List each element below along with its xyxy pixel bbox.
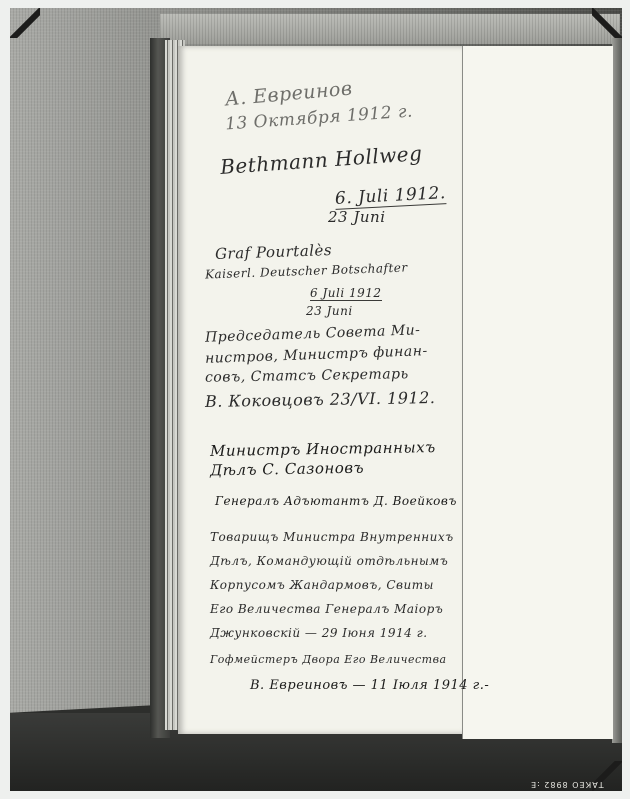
corner-mount-top-right: [592, 8, 622, 38]
entry-8-signature-date: В. Евреиновъ — 11 Iюля 1914 г.-: [250, 678, 489, 693]
corner-mount-top-left: [10, 8, 40, 38]
top-backdrop-strip: [160, 14, 620, 44]
right-edge-shadow: [612, 38, 622, 743]
entry-6-signature: Генералъ Адъютантъ Д. Воейковъ: [215, 494, 457, 508]
entry-7-line-3: Корпусомъ Жандармовъ, Свиты: [210, 578, 434, 592]
entry-8-title: Гофмейстеръ Двора Его Величества: [210, 653, 447, 666]
entry-7-line-1: Товарищъ Министра Внутреннихъ: [210, 530, 454, 544]
entry-7-signature-date: Джунковскій — 29 Iюня 1914 г.: [210, 626, 428, 640]
entry-7-line-2: Дѣлъ, Командующій отдѣльнымъ: [210, 554, 448, 568]
entry-7-line-4: Его Величества Генералъ Маiоръ: [210, 602, 443, 616]
archive-stamp-number: ТАКЕО 8982 :Е: [530, 780, 604, 789]
entry-5-signature: Дѣлъ С. Сазоновъ: [210, 459, 364, 480]
entry-2-date-old-style: 23 Juni: [328, 208, 386, 226]
entry-4-signature-date: В. Коковцовъ 23/VI. 1912.: [205, 388, 436, 411]
entry-3-date-old-style: 23 Juni: [306, 304, 353, 318]
entry-3-date: 6 Juli 1912: [310, 286, 382, 301]
right-page-blank: [462, 46, 613, 739]
archival-photograph: А. Евреинов 13 Октября 1912 г. Bethmann …: [10, 8, 622, 791]
